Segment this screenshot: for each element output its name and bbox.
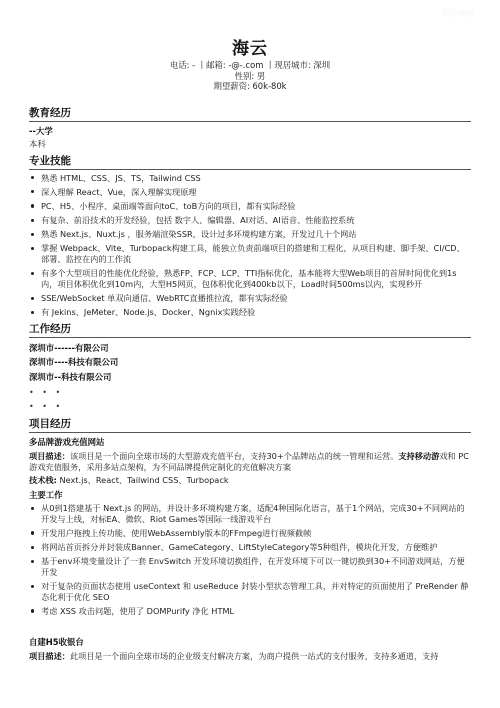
section-title-skills: 专业技能: [29, 154, 471, 170]
description-text: 该项目是一个面向全球市场的大型游戏充值平台，支持30+个品牌站点的统一管理和运营…: [70, 451, 398, 461]
section-title-projects: 项目经历: [29, 417, 471, 433]
skill-item: 有复杂、前沿技术的开发经验，包括 数字人、编辑器、AI对话、AI语音、性能监控系…: [29, 215, 471, 226]
work-item: 基于env环境变量设计了一套 EnvSwitch 开发环境切换组件，在开发环境下…: [29, 556, 471, 577]
main-work-title: 主要工作: [29, 489, 471, 502]
skills-section: 专业技能 熟悉 HTML、CSS、JS、TS，Tailwind CSS 深入理解…: [29, 154, 471, 318]
spacer: [29, 620, 471, 634]
work-item: 从0到1搭建基于 Next.js 的网站，并设计多环境构建方案，适配4种国际化语…: [29, 503, 471, 524]
section-title-education: 教育经历: [29, 106, 471, 122]
tech-stack-label: 技术栈:: [29, 475, 57, 485]
project-item: 多品牌游戏充值网站 项目描述：该项目是一个面向全球市场的大型游戏充值平台，支持3…: [29, 436, 471, 616]
description-text: 此项目是一个面向全球市场的企业级支付解决方案，为商户提供一站式的支付服务，支持多…: [70, 651, 438, 661]
skill-item: PC、H5、小程序、桌面端等面向toC、toB方向的项目，都有实际经验: [29, 201, 471, 212]
work-section: 工作经历 深圳市------有限公司 深圳市----科技有限公司 深圳市--科技…: [29, 322, 471, 414]
section-title-work: 工作经历: [29, 322, 471, 338]
resume-page: 简历模板 海云 电话: - 丨邮箱: -@-.com 丨现居城市: 深圳 性别:…: [0, 0, 500, 708]
skill-item: 有 Jekins、JeMeter、Node.js、Docker、Ngnix实践经…: [29, 307, 471, 318]
education-section: 教育经历 --大学 本科: [29, 106, 471, 150]
gender-line: 性别: 男: [29, 71, 471, 82]
description-label: 项目描述：: [29, 651, 70, 661]
watermark: 简历模板: [442, 8, 474, 19]
work-item: 对于复杂的页面状态使用 useContext 和 useReduce 封装小型状…: [29, 581, 471, 602]
tech-stack: 技术栈: Next.js、React、Tailwind CSS、Turbopac…: [29, 475, 471, 486]
skills-list: 熟悉 HTML、CSS、JS、TS，Tailwind CSS 深入理解 Reac…: [29, 173, 471, 318]
skill-item: 深入理解 React、Vue，深入理解实现原理: [29, 187, 471, 198]
resume-header: 海云 电话: - 丨邮箱: -@-.com 丨现居城市: 深圳 性别: 男 期望…: [29, 0, 471, 92]
company-name: 深圳市--科技有限公司: [29, 370, 471, 384]
project-description: 项目描述：此项目是一个面向全球市场的企业级支付解决方案，为商户提供一站式的支付服…: [29, 651, 471, 662]
skill-item: 有多个大型项目的性能优化经验，熟悉FP、FCP、LCP、TTI指标优化，基本能将…: [29, 268, 471, 289]
skill-item: SSE/WebSocket 单双向通信、WebRTC直播推拉流，都有实际经验: [29, 293, 471, 304]
school-name: --大学: [29, 125, 471, 138]
description-highlight: 支持移动游: [398, 451, 439, 461]
skill-item: 熟悉 HTML、CSS、JS、TS，Tailwind CSS: [29, 173, 471, 184]
project-name: 多品牌游戏充值网站: [29, 436, 471, 449]
project-name: 自建H5收银台: [29, 636, 471, 649]
contact-line: 电话: - 丨邮箱: -@-.com 丨现居城市: 深圳: [29, 60, 471, 71]
skill-item: 熟悉 Next.js、Nuxt.js ，服务端渲染SSR，设计过多环境构建方案，…: [29, 229, 471, 240]
projects-section: 项目经历 多品牌游戏充值网站 项目描述：该项目是一个面向全球市场的大型游戏充值平…: [29, 417, 471, 662]
degree: 本科: [29, 138, 471, 150]
ellipsis-marker: • • •: [29, 400, 471, 414]
description-label: 项目描述：: [29, 451, 70, 461]
work-item: 考虑 XSS 攻击问题，使用了 DOMPurify 净化 HTML: [29, 606, 471, 617]
salary-line: 期望薪资: 60k-80k: [29, 81, 471, 92]
candidate-name: 海云: [29, 38, 471, 60]
work-item: 将网站首页拆分并封装成Banner、GameCategory、LiftStyle…: [29, 542, 471, 553]
work-item: 开发用户拖拽上传功能、使用WebAssembly版本的FFmpeg进行视频截帧: [29, 528, 471, 539]
company-name: 深圳市------有限公司: [29, 341, 471, 355]
project-item: 自建H5收银台 项目描述：此项目是一个面向全球市场的企业级支付解决方案，为商户提…: [29, 636, 471, 662]
main-work-list: 从0到1搭建基于 Next.js 的网站，并设计多环境构建方案，适配4种国际化语…: [29, 503, 471, 616]
company-name: 深圳市----科技有限公司: [29, 355, 471, 369]
project-description: 项目描述：该项目是一个面向全球市场的大型游戏充值平台，支持30+个品牌站点的统一…: [29, 451, 471, 473]
ellipsis-marker: • • •: [29, 386, 471, 400]
skill-item: 掌握 Webpack、Vite、Turbopack构建工具，能独立负责前端项目的…: [29, 243, 471, 264]
tech-stack-text: Next.js、React、Tailwind CSS、Turbopack: [57, 475, 229, 485]
